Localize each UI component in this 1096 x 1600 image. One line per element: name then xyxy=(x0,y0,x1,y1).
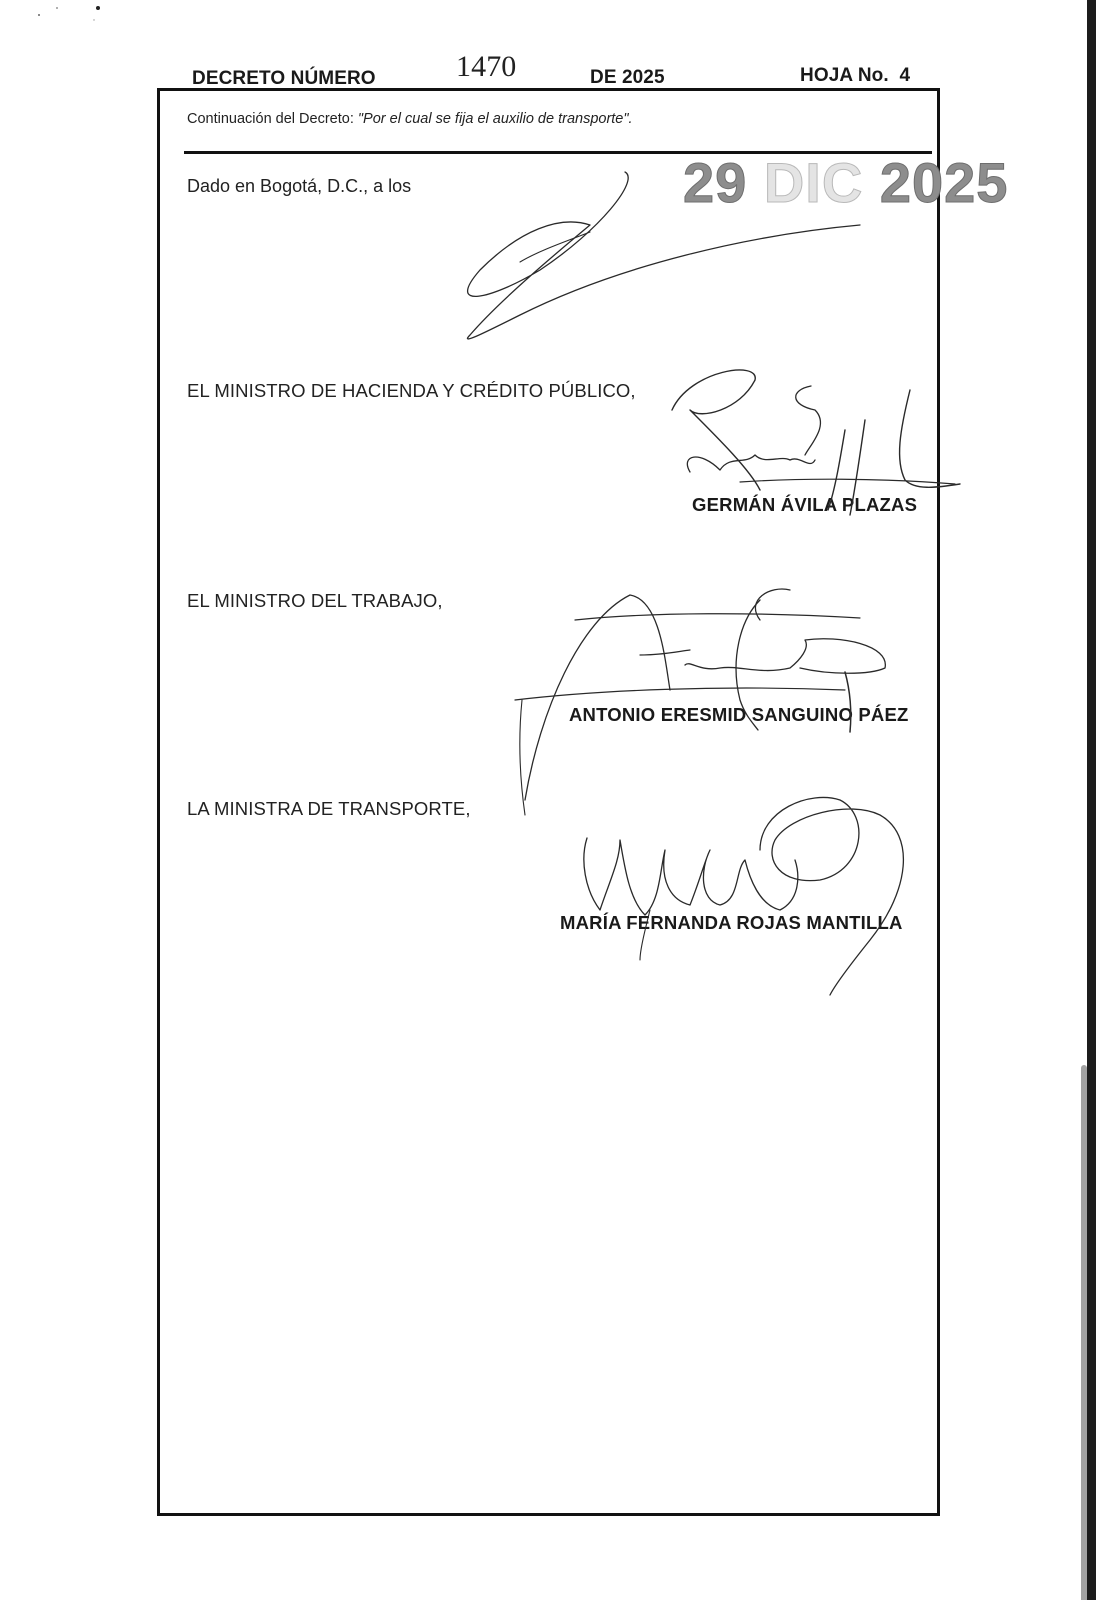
decreto-title: "Por el cual se fija el auxilio de trans… xyxy=(358,111,633,127)
dado-en-text: Dado en Bogotá, D.C., a los xyxy=(187,176,411,197)
decreto-number: 1470 xyxy=(456,50,516,84)
name-trabajo: ANTONIO ERESMID SANGUINO PÁEZ xyxy=(569,704,909,726)
continuacion-prefix: Continuación del Decreto: xyxy=(187,111,358,127)
name-transporte: MARÍA FERNANDA ROJAS MANTILLA xyxy=(560,912,903,934)
date-stamp: 29 DIC 2025 xyxy=(683,150,1008,215)
decreto-label: DECRETO NÚMERO xyxy=(192,68,376,90)
speck-marks xyxy=(0,0,200,40)
stamp-month: DIC xyxy=(764,151,863,214)
role-trabajo: EL MINISTRO DEL TRABAJO, xyxy=(187,590,443,612)
continuacion-line: Continuación del Decreto: "Por el cual s… xyxy=(187,111,633,127)
decreto-year: DE 2025 xyxy=(590,67,665,89)
window-edge xyxy=(1087,0,1096,1600)
hoja-number: 4 xyxy=(900,65,911,86)
role-transporte: LA MINISTRA DE TRANSPORTE, xyxy=(187,798,471,820)
stamp-year: 2025 xyxy=(880,151,1009,214)
role-hacienda: EL MINISTRO DE HACIENDA Y CRÉDITO PÚBLIC… xyxy=(187,380,636,402)
stamp-day: 29 xyxy=(683,151,747,214)
scan-specks xyxy=(0,0,200,40)
page-number: HOJA No. 4 xyxy=(800,65,910,87)
name-hacienda: GERMÁN ÁVILA PLAZAS xyxy=(692,494,917,516)
hoja-label: HOJA No. xyxy=(800,65,889,86)
